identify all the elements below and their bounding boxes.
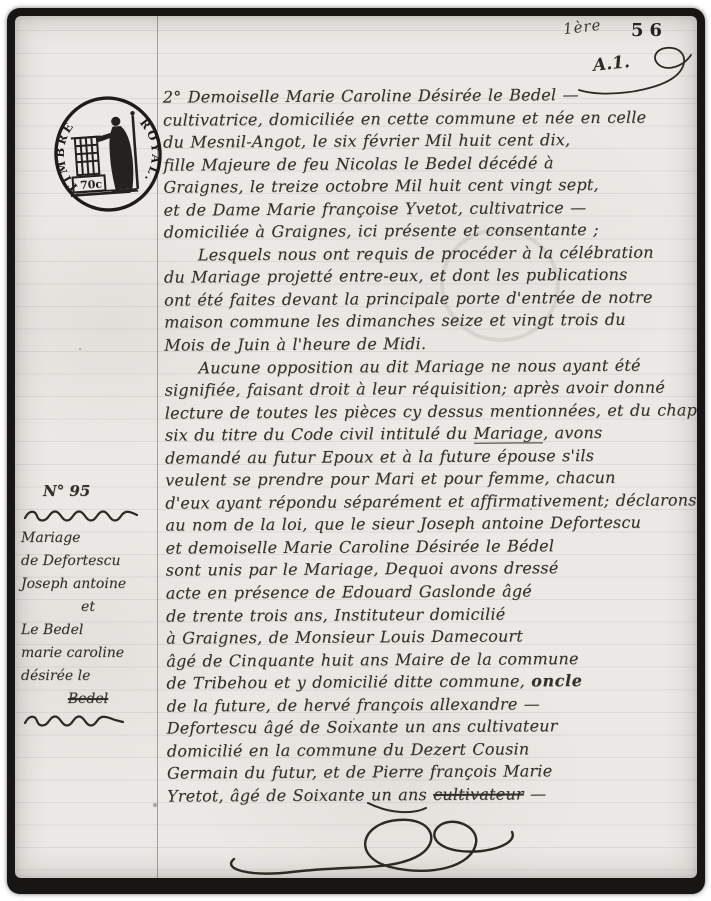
margin-note-lines: Mariagede DefortescuJoseph antoineetLe B… [21,527,155,711]
text-line: de trente trois ans, Instituteur domicil… [166,602,697,628]
text-line: du Mesnil-Angot, le six février Mil huit… [163,128,695,154]
text-line: et de Dame Marie françoise Yvetot, culti… [163,196,695,222]
text-line: à Graignes, de Monsieur Louis Damecourt [166,624,697,650]
text-line: âgé de Cinquante huit ans Maire de la co… [166,647,697,673]
signature-flourish [220,795,530,878]
text-line: veulent se prendre pour Mari et pour fem… [165,467,697,493]
text-line: Defortescu âgé de Soixante un ans cultiv… [167,715,697,741]
text-line: acte en présence de Edouard Gaslonde âgé [166,579,697,605]
margin-squiggle [23,714,127,728]
text-line: signifiée, faisant droit à leur réquisit… [165,376,697,402]
text-line: Germain du futur, et de Pierre françois … [167,760,697,786]
margin-note-line: de Defortescu [21,550,155,573]
act-text: 2° Demoiselle Marie Caroline Désirée le … [163,83,697,808]
text-line: domiciliée à Graignes, ici présente et c… [164,219,696,245]
text-line: lecture de toutes les pièces cy dessus m… [165,399,697,425]
scanned-marriage-record: 1ère 56 A.1. TIMBRE ROYAL. [0,0,711,901]
stamp-denomination: 70c [80,177,103,192]
text-line: du Mariage projetté entre-eux, et dont l… [164,264,696,290]
text-line: demandé au futur Epoux et à la future ép… [165,444,697,470]
margin-annotation: A.1. [592,52,631,76]
text-line: d'eux ayant répondu séparément et affirm… [165,489,697,515]
margin-note-line: marie caroline [21,642,155,665]
timbre-royal-stamp: TIMBRE ROYAL. 70c [48,89,168,219]
text-line: Mois de Juin à l'heure de Midi. [164,331,696,357]
margin-note-line: Mariage [21,527,155,550]
text-line: fille Majeure de feu Nicolas le Bedel dé… [163,151,695,177]
text-line: ont été faites devant la principale port… [164,286,696,312]
margin-note-line: Joseph antoine [21,573,155,596]
margin-squiggle [23,509,141,523]
text-line: 2° Demoiselle Marie Caroline Désirée le … [163,83,695,109]
paper: 1ère 56 A.1. TIMBRE ROYAL. [15,16,697,878]
text-line: de Tribehou et y domicilié ditte commune… [166,670,697,696]
text-line: cultivatrice, domiciliée en cette commun… [163,106,695,132]
text-line: six du titre du Code civil intitulé du M… [165,422,697,448]
stamp-text-right: ROYAL. [136,115,165,187]
text-line: au nom de la loi, que le sieur Joseph an… [165,512,697,538]
text-line: sont unis par le Mariage, Dequoi avons d… [166,557,697,583]
margin-note: N° 95 Mariagede DefortescuJoseph antoine… [21,482,155,732]
text-line: de la future, de hervé françois allexand… [167,692,697,718]
stamp-ring [52,95,164,214]
margin-note-line: désirée le [21,665,155,688]
text-line: domicilié en la commune du Dezert Cousin [167,737,697,763]
margin-note-line: Le Bedel [21,619,155,642]
text-line: maison commune les dimanches seize et vi… [164,309,696,335]
margin-note-line: et [21,596,155,619]
act-number: N° 95 [21,482,155,506]
folio-note: 1ère [562,16,602,38]
text-line: Graignes, le treize octobre Mil huit cen… [163,174,695,200]
margin-note-line: Bedel [21,688,155,711]
ink-specks [15,16,17,18]
text-line: Lesquels nous ont requis de procéder à l… [164,241,696,267]
text-line: Aucune opposition au dit Mariage ne nous… [164,354,696,380]
text-line: et demoiselle Marie Caroline Désirée le … [166,534,697,560]
